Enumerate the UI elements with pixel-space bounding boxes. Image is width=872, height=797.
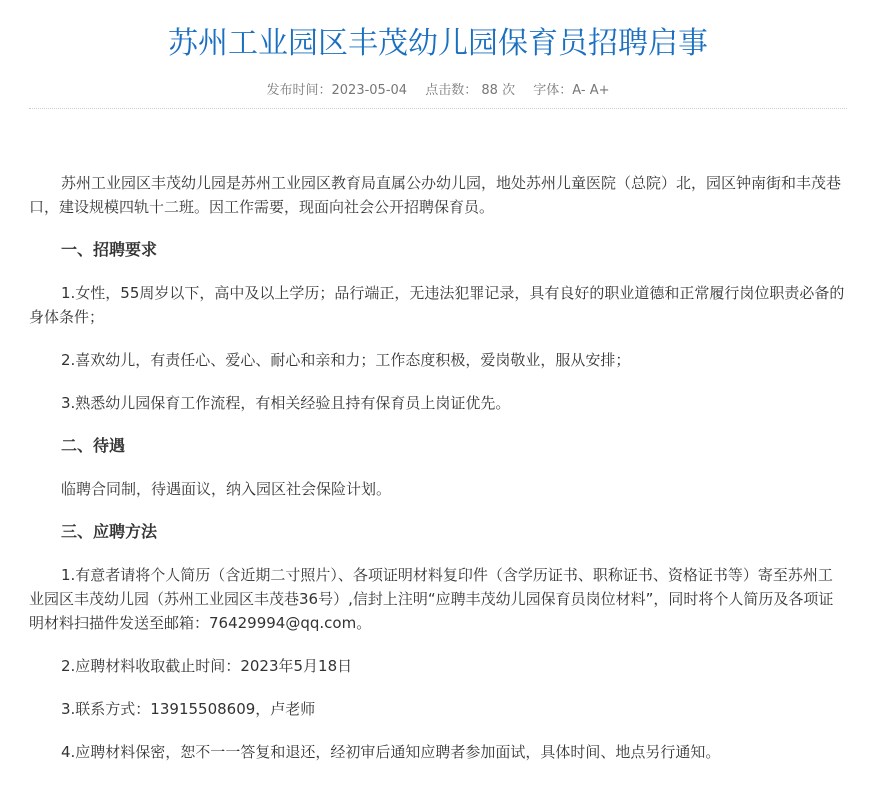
clicks-unit: 次 <box>502 80 515 102</box>
application-item: 1.有意者请将个人简历（含近期二寸照片）、各项证明材料复印件（含学历证书、职称证… <box>29 563 847 635</box>
requirement-item: 2.喜欢幼儿，有责任心、爱心、耐心和亲和力；工作态度积极，爱岗敬业，服从安排； <box>29 348 847 372</box>
section-heading-benefits: 二、待遇 <box>29 434 847 458</box>
application-item: 2.应聘材料收取截止时间：2023年5月18日 <box>29 654 847 678</box>
application-item: 4.应聘材料保密，恕不一一答复和退还，经初审后通知应聘者参加面试，具体时间、地点… <box>29 740 847 764</box>
intro-paragraph: 苏州工业园区丰茂幼儿园是苏州工业园区教育局直属公办幼儿园，地处苏州儿童医院（总院… <box>29 171 847 219</box>
section-heading-requirements: 一、招聘要求 <box>29 238 847 262</box>
publish-date: 2023-05-04 <box>332 80 408 102</box>
article-meta: 发布时间：2023-05-04 点击数： 88 次 字体：A- A+ <box>29 80 847 102</box>
clicks-label: 点击数： <box>425 80 477 102</box>
clicks-value: 88 <box>481 80 498 102</box>
benefit-item: 临聘合同制，待遇面议，纳入园区社会保险计划。 <box>29 477 847 501</box>
article-title: 苏州工业园区丰茂幼儿园保育员招聘启事 <box>29 0 847 66</box>
publish-label: 发布时间： <box>267 80 332 102</box>
section-heading-application: 三、应聘方法 <box>29 520 847 544</box>
requirement-item: 3.熟悉幼儿园保育工作流程，有相关经验且持有保育员上岗证优先。 <box>29 391 847 415</box>
application-item: 3.联系方式：13915508609，卢老师 <box>29 697 847 721</box>
article: 苏州工业园区丰茂幼儿园保育员招聘启事 发布时间：2023-05-04 点击数： … <box>29 0 847 764</box>
meta-divider <box>29 108 847 109</box>
font-decrease-button[interactable]: A- <box>572 83 585 98</box>
article-body: 苏州工业园区丰茂幼儿园是苏州工业园区教育局直属公办幼儿园，地处苏州儿童医院（总院… <box>29 171 847 764</box>
font-size-label: 字体： <box>533 80 572 102</box>
requirement-item: 1.女性，55周岁以下，高中及以上学历；品行端正，无违法犯罪记录，具有良好的职业… <box>29 281 847 329</box>
font-increase-button[interactable]: A+ <box>590 83 610 98</box>
